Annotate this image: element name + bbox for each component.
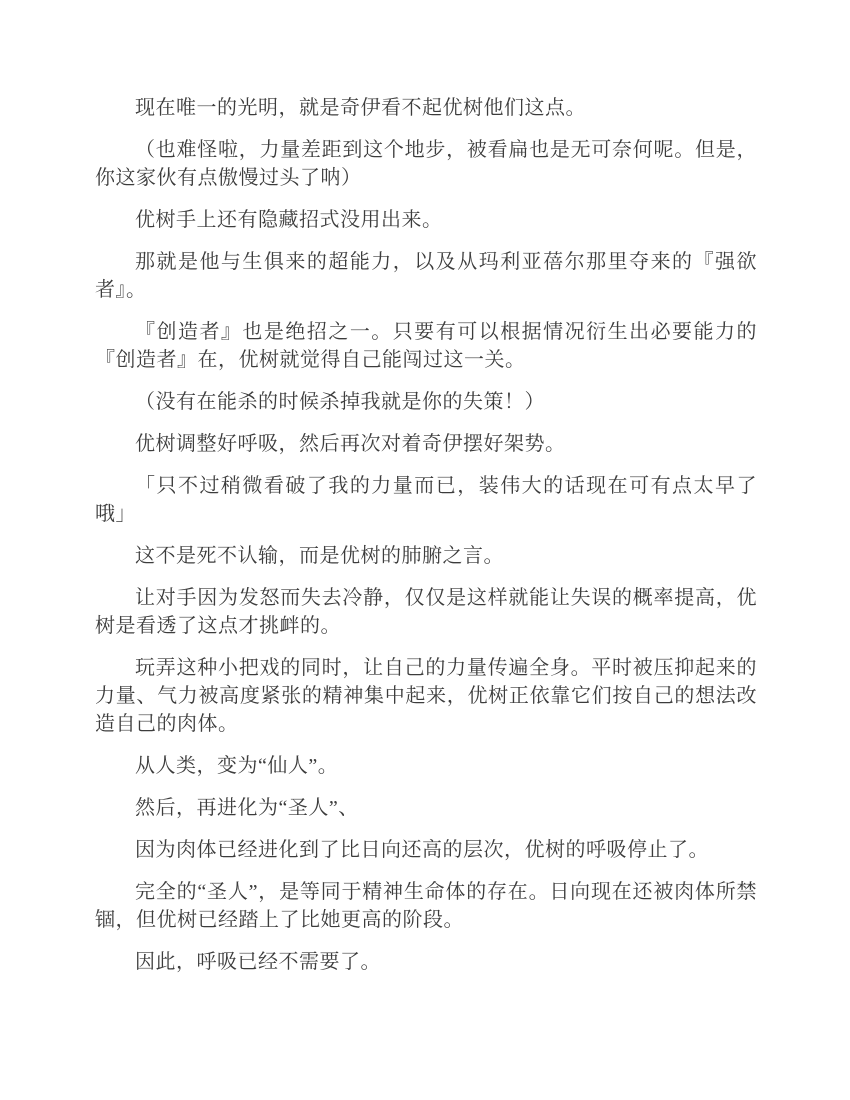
- paragraph: 那就是他与生俱来的超能力，以及从玛利亚蓓尔那里夺来的『强欲者』。: [95, 248, 757, 304]
- paragraph: 『创造者』也是绝招之一。只要有可以根据情况衍生出必要能力的『创造者』在，优树就觉…: [95, 318, 757, 374]
- paragraph: 优树手上还有隐藏招式没用出来。: [95, 206, 757, 234]
- paragraph: 然后，再进化为“圣人”、: [95, 794, 757, 822]
- paragraph: 让对手因为发怒而失去冷静，仅仅是这样就能让失误的概率提高，优树是看透了这点才挑衅…: [95, 584, 757, 640]
- paragraph: 完全的“圣人”，是等同于精神生命体的存在。日向现在还被肉体所禁锢，但优树已经踏上…: [95, 878, 757, 934]
- paragraph: 「只不过稍微看破了我的力量而已，装伟大的话现在可有点太早了哦」: [95, 472, 757, 528]
- paragraph: 玩弄这种小把戏的同时，让自己的力量传遍全身。平时被压抑起来的力量、气力被高度紧张…: [95, 654, 757, 738]
- paragraph: 从人类，变为“仙人”。: [95, 752, 757, 780]
- paragraph: 这不是死不认输，而是优树的肺腑之言。: [95, 542, 757, 570]
- paragraph: 因为肉体已经进化到了比日向还高的层次，优树的呼吸停止了。: [95, 836, 757, 864]
- paragraph: 现在唯一的光明，就是奇伊看不起优树他们这点。: [95, 94, 757, 122]
- novel-text-content: 现在唯一的光明，就是奇伊看不起优树他们这点。 （也难怪啦，力量差距到这个地步，被…: [95, 94, 757, 990]
- paragraph: 优树调整好呼吸，然后再次对着奇伊摆好架势。: [95, 430, 757, 458]
- paragraph: （没有在能杀的时候杀掉我就是你的失策！）: [95, 388, 757, 416]
- novel-page: 现在唯一的光明，就是奇伊看不起优树他们这点。 （也难怪啦，力量差距到这个地步，被…: [0, 0, 850, 1100]
- paragraph: （也难怪啦，力量差距到这个地步，被看扁也是无可奈何呢。但是，你这家伙有点傲慢过头…: [95, 136, 757, 192]
- paragraph: 因此，呼吸已经不需要了。: [95, 948, 757, 976]
